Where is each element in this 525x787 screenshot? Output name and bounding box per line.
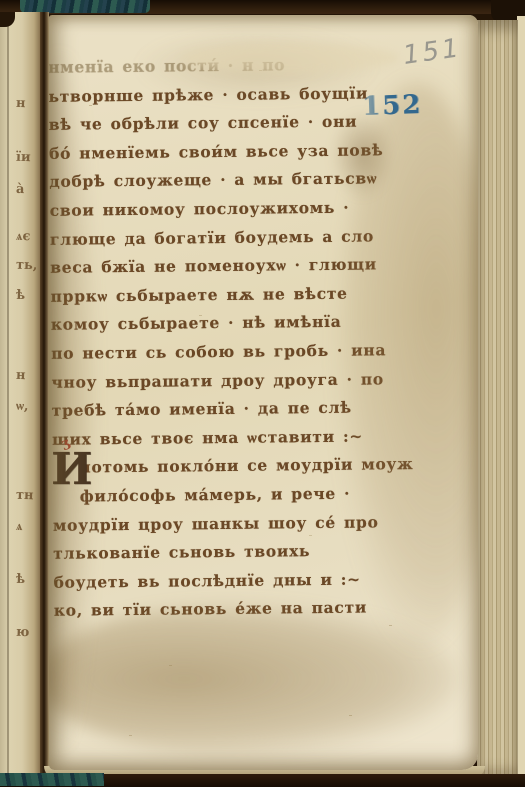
manuscript-line: чноу вьпрашати дроу дроуга · по bbox=[51, 365, 396, 397]
previous-page-edge: н їи а̀ ѧє ть, ѣ н ѡ, тн ѧ ѣ ю bbox=[0, 12, 40, 774]
manuscript-line: глюще да богатїи боудемь а сло bbox=[50, 222, 395, 254]
outer-page-edge bbox=[517, 16, 525, 775]
manuscript-page: нменїа еко пости́ · н по ьтворнше прѣже … bbox=[49, 15, 478, 770]
parchment-fibers bbox=[49, 15, 52, 16]
manuscript-line: вѣ че обрѣли соу спсенїе · они bbox=[49, 107, 394, 139]
stamped-page-number: 152 bbox=[361, 90, 422, 122]
manuscript-line: моудрїи цроу шанкы шоу се́ про bbox=[53, 508, 398, 540]
facing-page-text-fragment: ѣ bbox=[16, 288, 26, 303]
manuscript-text-block: нменїа еко пости́ · н по ьтворнше прѣже … bbox=[49, 50, 399, 625]
manuscript-line: фило́софь ма́мерь, и рече · bbox=[53, 479, 398, 511]
manuscript-line: бо́ нменїемь свои́м вьсе уза повѣ bbox=[49, 136, 394, 168]
manuscript-line: прркѡ сьбыраете нѫ не вѣсте bbox=[50, 279, 395, 311]
facing-page-text-fragment: ѧє bbox=[16, 228, 31, 244]
facing-page-text-fragment: їи bbox=[16, 150, 31, 166]
manuscript-line: нменїа еко пости́ · н по bbox=[49, 50, 393, 82]
endband-threads-bottom bbox=[0, 773, 104, 786]
manuscript-line: ьтворнше прѣже · осавь боущїи bbox=[49, 79, 394, 111]
manuscript-line: веса бжїа не поменоухѡ · глющи bbox=[50, 250, 395, 282]
initial-letter: И bbox=[51, 448, 93, 492]
facing-page-text-fragment: н bbox=[16, 96, 26, 111]
book-gutter bbox=[40, 12, 49, 774]
manuscript-line: требѣ та́мо именїа · да пе слѣ bbox=[52, 393, 397, 425]
facing-page-text-fragment: ѡ, bbox=[16, 398, 29, 414]
facing-page-text-fragment: а̀ bbox=[16, 182, 25, 197]
facing-page-text-fragment: тн bbox=[16, 488, 34, 504]
manuscript-line: боудеть вь послѣднїе дны и :~ bbox=[53, 565, 398, 597]
manuscript-line: свои никомоу послоужихомь · bbox=[50, 193, 395, 225]
manuscript-line: добрѣ слоужеще · а мы бгатьсвѡ bbox=[49, 165, 394, 197]
manuscript-line: комоу сьбыраете · нѣ имѣнїа bbox=[51, 308, 396, 340]
facing-page-text-fragment: н bbox=[16, 368, 26, 383]
fore-edge-page-stack bbox=[477, 20, 518, 776]
manuscript-line: тлькованїе сьновь твоихь bbox=[53, 536, 398, 568]
facing-page-text-fragment: ть, bbox=[16, 258, 38, 274]
water-stain-bottom bbox=[49, 603, 457, 755]
pencil-folio-number: 151 bbox=[401, 33, 463, 71]
facing-page-text-fragment: ѧ bbox=[16, 518, 23, 534]
manuscript-line: ших вьсе твоє нма ѡставити :~ bbox=[52, 422, 397, 454]
manuscript-line: по нести сь собою вь гробь · ина bbox=[51, 336, 396, 368]
manuscript-line: потомь покло́ни се моудрїи моуж bbox=[52, 450, 397, 482]
manuscript-line: ко, ви тїи сьновь е́же на пасти bbox=[54, 593, 399, 625]
open-book-photo: н їи а̀ ѧє ть, ѣ н ѡ, тн ѧ ѣ ю нменїа ек… bbox=[0, 0, 525, 787]
facing-page-text-fragment: ю bbox=[16, 625, 30, 640]
facing-page-text-fragment: ѣ bbox=[16, 572, 26, 587]
